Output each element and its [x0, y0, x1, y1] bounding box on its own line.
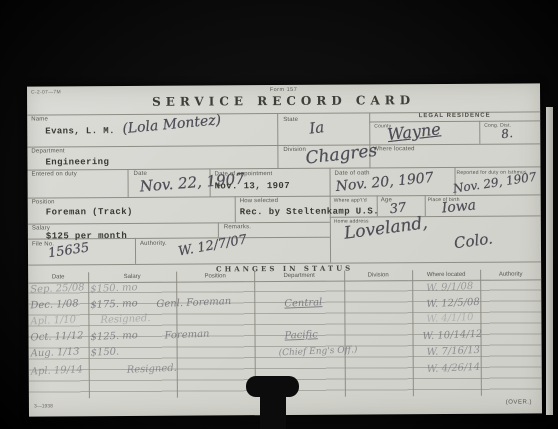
legal-residence-header: LEGAL RESIDENCE [369, 112, 540, 119]
name-label: Name [31, 116, 48, 122]
table-cell-date: Dec. 1/08 [30, 298, 79, 311]
name-typed: Evans, L. M. [45, 126, 115, 136]
table-cell-salary: $125. mo [90, 330, 138, 343]
table-cell-position: Resigned. [100, 313, 151, 326]
table-cell-date: Apl. 1/10 [30, 314, 76, 327]
department-label: Department [31, 148, 64, 154]
date-of-appointment-label: Date of appointment [215, 171, 273, 177]
place-of-birth-written: Iowa [441, 197, 477, 216]
col-header-authority: Authority [480, 271, 541, 277]
col-header-date: Date [28, 274, 88, 280]
county-written: Wayne [386, 119, 441, 144]
col-header-division: Division [344, 272, 412, 278]
division-label: Division [283, 147, 306, 153]
card-edge-strip [546, 107, 553, 415]
age-written: 37 [389, 200, 407, 217]
table-cell-position: Resigned. [127, 363, 178, 376]
entered-on-duty-label: Entered on duty [32, 171, 77, 177]
state-label: State [283, 117, 298, 123]
footer-print-code: 3—1938 [34, 403, 53, 409]
divider [28, 222, 330, 225]
entered-date-label: Date [134, 171, 148, 177]
table-cell-authority: W. 9/1/08 [426, 281, 473, 294]
how-selected-typed: Rec. by Steltenkamp U.S. [240, 206, 379, 217]
where-apptd-label: Where app't'd [334, 197, 367, 203]
table-cell-salary: $175. mo [90, 298, 138, 311]
divider [135, 238, 136, 264]
cong-dist-written: 8. [500, 126, 513, 142]
table-cell-division: Central [284, 297, 322, 310]
table-cell-authority: W. 12/5/08 [426, 297, 480, 310]
table-cell-date: Aug. 1/13 [30, 346, 79, 359]
table-cell-date: Oct. 11/12 [30, 330, 83, 343]
table-cell-date: Sep. 25/08 [30, 282, 85, 295]
table-cell-division: Pacific [284, 329, 318, 341]
table-cell-date: Apl. 19/14 [31, 364, 83, 377]
divider [479, 121, 480, 144]
home-address-written-2: Colo. [453, 229, 494, 252]
department-typed: Engineering [45, 157, 109, 167]
name-written: (Lola Montez) [122, 112, 222, 137]
remarks-label: Remarks. [224, 224, 251, 230]
table-cell-authority: W. 7/16/13 [426, 345, 480, 358]
where-located-label: Where located [373, 146, 414, 152]
col-header-where-located: Where located [412, 272, 480, 278]
how-selected-label: How selected [240, 198, 278, 204]
table-cell-position: Foreman [164, 329, 209, 342]
position-typed: Foreman (Track) [46, 207, 133, 218]
date-of-appointment-typed: Nov. 13, 1907 [215, 181, 290, 191]
footer-over-note: (OVER.) [506, 399, 532, 405]
table-cell-salary: $150. mo [90, 282, 138, 295]
divider [235, 196, 236, 222]
authority-written: W. 12/7/07 [177, 232, 248, 259]
col-header-department: Department [254, 273, 344, 280]
table-cell-authority: W. 4/1/10 [426, 312, 473, 325]
divider [369, 120, 540, 122]
divider [277, 113, 278, 168]
service-record-card: C-2-07—7M Form 157 SERVICE RECORD CARD N… [27, 83, 542, 416]
punch-tab [246, 376, 299, 397]
table-cell-salary: $150. [90, 347, 119, 359]
divider [128, 169, 129, 197]
col-header-salary: Salary [88, 274, 176, 281]
table-cell-authority: W. 4/26/14 [427, 362, 481, 375]
divider [218, 222, 219, 237]
card-title: SERVICE RECORD CARD [27, 92, 540, 109]
position-label: Position [32, 199, 55, 205]
authority-label: Authority. [140, 241, 167, 247]
col-header-position: Position [176, 273, 254, 279]
state-written: Ia [308, 118, 325, 138]
